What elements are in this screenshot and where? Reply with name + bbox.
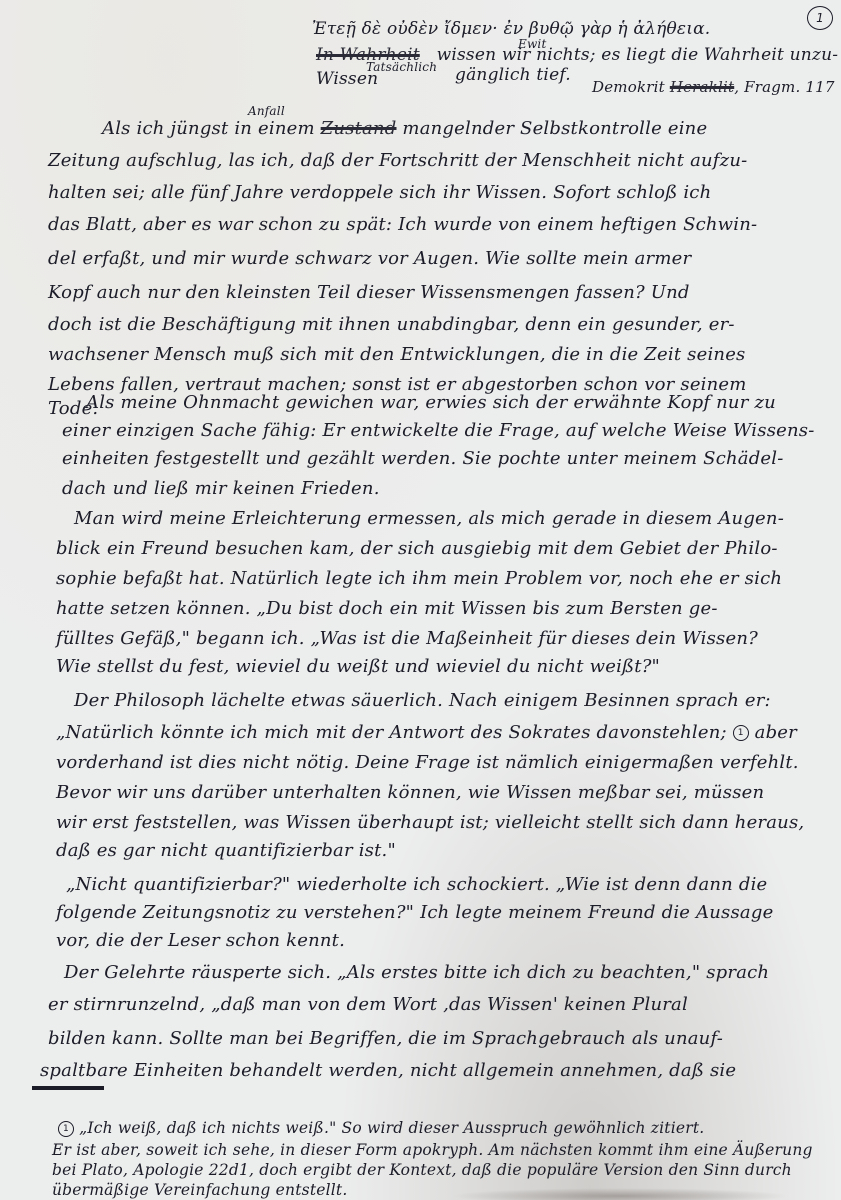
attribution-struck: Heraklit: [670, 78, 734, 96]
paragraph-2-line-3: einheiten festgestellt und gezählt werde…: [62, 448, 784, 470]
paragraph-4-line-5: wir erst feststellen, was Wissen überhau…: [56, 812, 804, 834]
insert-anfall: Anfall: [248, 104, 285, 118]
footnote-line-1: 1 „Ich weiß, daß ich nichts weiß." So wi…: [58, 1118, 704, 1138]
paragraph-4-line-1: Der Philosoph lächelte etwas säuerlich. …: [74, 690, 771, 712]
paragraph-1-line-7: doch ist die Beschäftigung mit ihnen una…: [48, 314, 735, 336]
attribution-author: Demokrit: [592, 78, 665, 96]
paragraph-5-line-3: vor, die der Leser schon kennt.: [56, 930, 345, 952]
footnote-reference-marker: 1: [733, 725, 749, 741]
paragraph-1-line-6: Kopf auch nur den kleinsten Teil dieser …: [48, 282, 690, 304]
paragraph-3-line-6: Wie stellst du fest, wieviel du weißt un…: [56, 656, 660, 678]
paragraph-3-line-1: Man wird meine Erleichterung ermessen, a…: [74, 508, 784, 530]
manuscript-page: 1 Ἐτεῇ δὲ οὐδὲν ἴδμεν· ἐν βυθῷ γὰρ ἡ ἀλή…: [0, 0, 841, 1200]
paragraph-4-line-6: daß es gar nicht quantifizierbar ist.": [56, 840, 396, 862]
epigraph-german-text: wissen wir nichts; es liegt die Wahrheit…: [437, 45, 839, 65]
footnote-marker: 1: [58, 1121, 74, 1137]
margin-underline-mark: [32, 1086, 104, 1090]
epigraph-attribution: Demokrit Heraklit, Fragm. 117: [592, 76, 835, 98]
footnote-line-4: übermäßige Vereinfachung entstellt.: [52, 1180, 348, 1200]
paragraph-6-line-2: er stirnrunzelnd, „daß man von dem Wort …: [48, 994, 688, 1016]
text-span: Als ich jüngst in einem: [102, 118, 321, 139]
attribution-fragment: , Fragm. 117: [734, 78, 834, 96]
paragraph-5-line-1: „Nicht quantifizierbar?" wiederholte ich…: [66, 874, 767, 896]
struck-word: Zustand: [321, 118, 397, 139]
paragraph-6-line-1: Der Gelehrte räusperte sich. „Als erstes…: [64, 962, 769, 984]
paragraph-6-line-4: spaltbare Einheiten behandelt werden, ni…: [40, 1060, 736, 1082]
page-number-badge: 1: [807, 6, 833, 30]
paragraph-4-line-3: vorderhand ist dies nicht nötig. Deine F…: [56, 752, 799, 774]
paragraph-1-line-5: del erfaßt, und mir wurde schwarz vor Au…: [48, 248, 691, 270]
paragraph-4-line-4: Bevor wir uns darüber unterhalten können…: [56, 782, 764, 804]
paragraph-1-line-3: halten sei; alle fünf Jahre verdoppele s…: [48, 182, 711, 204]
paragraph-2-line-2: einer einzigen Sache fähig: Er entwickel…: [62, 420, 815, 442]
paragraph-2-line-1: Als meine Ohnmacht gewichen war, erwies …: [86, 392, 776, 414]
text-span: „Ich weiß, daß ich nichts weiß." So wird…: [79, 1119, 704, 1137]
paragraph-4-line-2: „Natürlich könnte ich mich mit der Antwo…: [56, 722, 797, 744]
paragraph-3-line-2: blick ein Freund besuchen kam, der sich …: [56, 538, 778, 560]
epigraph-greek: Ἐτεῇ δὲ οὐδὲν ἴδμεν· ἐν βυθῷ γὰρ ἡ ἀλήθε…: [312, 18, 710, 40]
text-span: aber: [749, 722, 797, 743]
paragraph-1-line-2: Zeitung aufschlug, las ich, daß der Fort…: [48, 150, 747, 172]
text-span: mangelnder Selbstkontrolle eine: [397, 118, 708, 139]
epigraph-wissen: Wissen: [316, 68, 378, 90]
paragraph-1-line-4: das Blatt, aber es war schon zu spät: Ic…: [48, 214, 757, 236]
footnote-line-2: Er ist aber, soweit ich sehe, in dieser …: [52, 1140, 813, 1160]
paragraph-6-line-3: bilden kann. Sollte man bei Begriffen, d…: [48, 1028, 723, 1050]
paragraph-3-line-5: fülltes Gefäß," begann ich. „Was ist die…: [56, 628, 758, 650]
text-span: „Natürlich könnte ich mich mit der Antwo…: [56, 722, 727, 743]
paragraph-5-line-2: folgende Zeitungsnotiz zu verstehen?" Ic…: [56, 902, 773, 924]
paragraph-3-line-4: hatte setzen können. „Du bist doch ein m…: [56, 598, 718, 620]
paragraph-3-line-3: sophie befaßt hat. Natürlich legte ich i…: [56, 568, 782, 590]
paper-stain: [450, 1188, 790, 1200]
epigraph-german-line-3: gänglich tief.: [455, 64, 571, 86]
paragraph-1-line-1: Als ich jüngst in einem Zustand mangelnd…: [102, 118, 707, 140]
paragraph-1-line-8: wachsener Mensch muß sich mit den Entwic…: [48, 344, 746, 366]
paragraph-2-line-4: dach und ließ mir keinen Frieden.: [62, 478, 380, 500]
footnote-line-3: bei Plato, Apologie 22d1, doch ergibt de…: [52, 1160, 792, 1180]
